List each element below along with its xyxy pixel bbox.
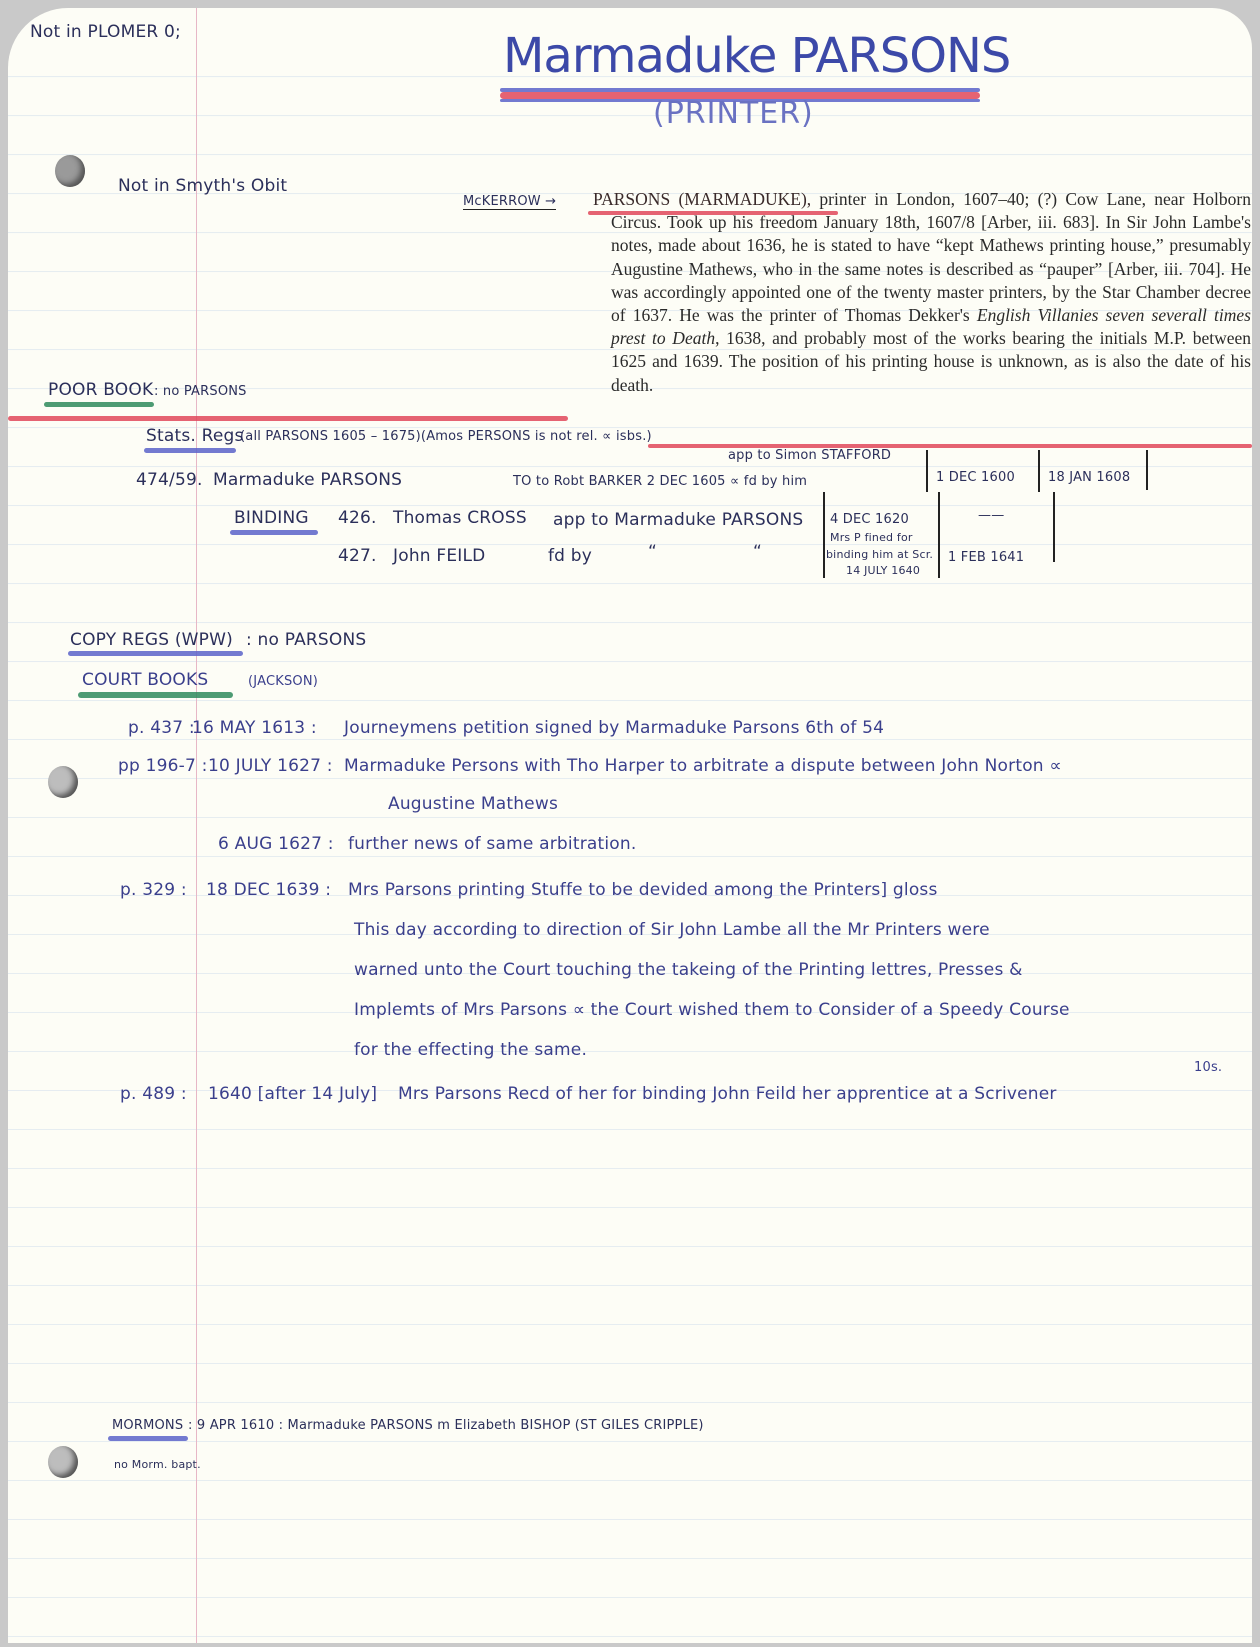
court-books-source: (JACKSON) [248, 674, 318, 689]
binding-detail: fd by [548, 546, 592, 566]
court-entry-line: This day according to direction of Sir J… [354, 920, 990, 940]
binding-note: Mrs P fined for [830, 531, 913, 544]
punch-hole-icon [48, 1446, 78, 1478]
row-name: Marmaduke PARSONS [213, 470, 402, 490]
court-entry-ref: p. 437 : [128, 718, 195, 738]
binding-highlight [230, 530, 318, 535]
corner-note: Not in PLOMER 0; [30, 22, 181, 42]
punch-hole-icon [55, 155, 85, 187]
court-entry-ref: p. 329 : [120, 880, 187, 900]
page-title: Marmaduke PARSONS [503, 28, 1010, 84]
notebook-page: Not in PLOMER 0; Marmaduke PARSONS (PRIN… [8, 8, 1252, 1643]
court-entry-date: 1640 [after 14 July] [208, 1084, 377, 1104]
ditto-mark: “ [648, 542, 657, 562]
binding-ref: 427. [338, 546, 377, 566]
margin-line [196, 8, 197, 1643]
poor-book-value: : no PARSONS [154, 384, 247, 399]
court-books-label: COURT BOOKS [82, 670, 208, 690]
binding-note: binding him at Scr. [826, 548, 933, 561]
punch-hole-icon [48, 766, 78, 798]
court-entry-text: Journeymens petition signed by Marmaduke… [344, 718, 884, 738]
court-entry-date: 10 JULY 1627 : [208, 756, 333, 776]
poor-book-label: POOR BOOK [48, 380, 153, 400]
mckerrow-entry: PARSONS (MARMADUKE), printer in London, … [611, 188, 1251, 397]
table-rule [1038, 450, 1040, 492]
mormons-entry: : 9 APR 1610 : Marmaduke PARSONS m Eliza… [188, 1418, 704, 1433]
court-entry-date: 16 MAY 1613 : [192, 718, 317, 738]
binding-date-2: —— [978, 508, 1004, 523]
ditto-mark: “ [753, 542, 762, 562]
copy-regs-label: COPY REGS (WPW) [70, 630, 233, 650]
mormons-note: no Morm. bapt. [114, 1458, 201, 1471]
table-rule [823, 492, 825, 578]
court-entry-date: 6 AUG 1627 : [218, 834, 334, 854]
court-entry-line: warned unto the Court touching the takei… [354, 960, 1023, 980]
smyth-note: Not in Smyth's Obit [118, 176, 287, 196]
court-entry-date: 18 DEC 1639 : [206, 880, 331, 900]
stats-regs-note: (all PARSONS 1605 – 1675)(Amos PERSONS i… [240, 429, 652, 444]
court-entry-text: Mrs Parsons printing Stuffe to be devide… [348, 880, 938, 900]
court-entry-ref: pp 196-7 : [118, 756, 208, 776]
binding-name: Thomas CROSS [393, 508, 527, 528]
row-detail-top: app to Simon STAFFORD [728, 448, 891, 463]
court-entry-line: for the effecting the same. [354, 1040, 587, 1060]
binding-detail: app to Marmaduke PARSONS [553, 510, 803, 530]
binding-date-2: 1 FEB 1641 [948, 550, 1024, 565]
stats-regs-highlight [144, 448, 236, 453]
mckerrow-headword: PARSONS (MARMADUKE), [593, 189, 811, 209]
mckerrow-label: McKERROW → [463, 194, 556, 210]
court-entry-amount: 10s. [1194, 1060, 1222, 1075]
binding-date-1: 4 DEC 1620 [830, 512, 909, 527]
table-rule [926, 450, 928, 492]
row-detail: TO to Robt BARKER 2 DEC 1605 ∝ fd by him [513, 474, 807, 489]
mormons-label: MORMONS [112, 1418, 183, 1433]
copy-regs-highlight [68, 651, 243, 656]
court-entry-line: Implemts of Mrs Parsons ∝ the Court wish… [354, 1000, 1070, 1020]
page-subtitle: (PRINTER) [653, 96, 814, 131]
divider-red-left [8, 416, 568, 421]
binding-name: John FEILD [393, 546, 485, 566]
row-date-2: 18 JAN 1608 [1048, 470, 1130, 485]
poor-book-highlight [44, 402, 154, 407]
mormons-highlight [108, 1436, 188, 1441]
binding-note: 14 JULY 1640 [846, 564, 920, 577]
table-rule [938, 492, 940, 578]
copy-regs-value: : no PARSONS [246, 630, 366, 650]
court-entry-cont: Augustine Mathews [388, 794, 558, 814]
court-entry-text: Mrs Parsons Recd of her for binding John… [398, 1084, 1057, 1104]
row-date-1: 1 DEC 1600 [936, 470, 1015, 485]
binding-ref: 426. [338, 508, 377, 528]
row-ref: 474/59. [136, 470, 203, 490]
court-books-highlight [78, 692, 233, 698]
table-rule [1053, 492, 1055, 562]
court-entry-text: further news of same arbitration. [348, 834, 637, 854]
stats-regs-label: Stats. Regs [146, 426, 244, 446]
court-entry-text: Marmaduke Persons with Tho Harper to arb… [344, 756, 1062, 776]
binding-label: BINDING [234, 508, 309, 528]
table-rule [1146, 450, 1148, 490]
court-entry-ref: p. 489 : [120, 1084, 187, 1104]
